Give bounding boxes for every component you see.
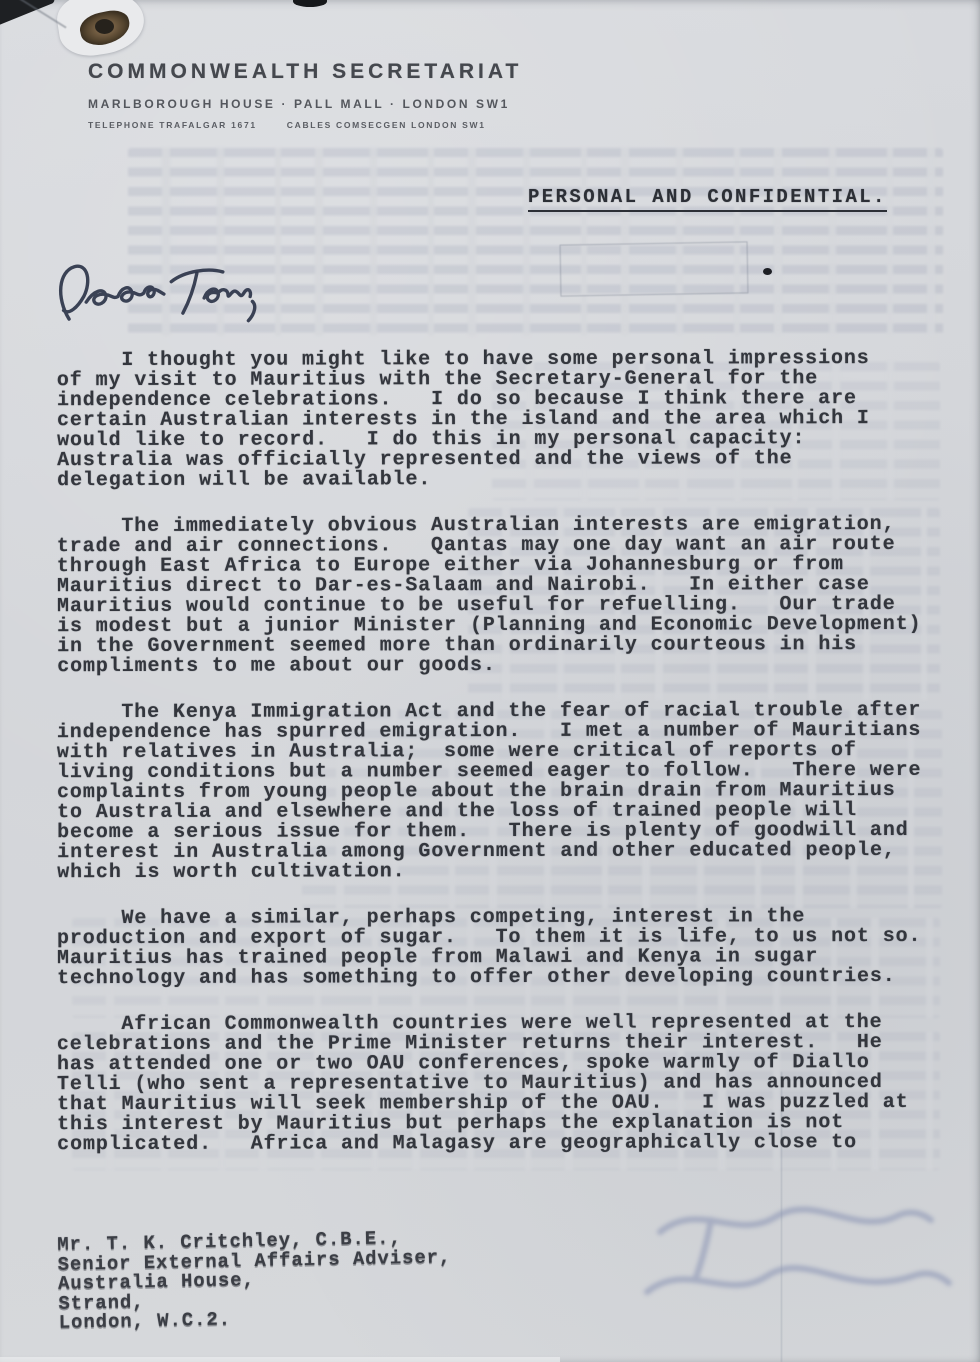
- letter-body: I thought you might like to have some pe…: [57, 350, 947, 1180]
- recipient-address: Mr. T. K. Critchley, C.B.E., Senior Exte…: [57, 1228, 452, 1333]
- letterhead: COMMONWEALTH SECRETARIAT MARLBOROUGH HOU…: [88, 60, 522, 130]
- ink-dot: [763, 268, 772, 275]
- letterhead-address: MARLBOROUGH HOUSE · PALL MALL · LONDON S…: [88, 97, 522, 111]
- handwritten-greeting: [48, 240, 283, 352]
- ghost-signature-strokes: [615, 1180, 975, 1345]
- letter-paragraph: The immediately obvious Australian inter…: [57, 515, 947, 677]
- organization-name: COMMONWEALTH SECRETARIAT: [88, 60, 522, 84]
- letter-paragraph: We have a similar, perhaps competing, in…: [57, 907, 947, 989]
- pencil-annotation-box: [560, 241, 749, 296]
- staple-hole: [95, 19, 114, 34]
- punch-notch: [293, 0, 327, 7]
- letter-paragraph: I thought you might like to have some pe…: [57, 349, 947, 491]
- letter-paragraph: The Kenya Immigration Act and the fear o…: [57, 701, 947, 883]
- bleedthrough-signature: [615, 1180, 975, 1345]
- letterhead-contact-line: TELEPHONE TRAFALGAR 1671 CABLES COMSECGE…: [88, 120, 522, 130]
- classification-stamp: PERSONAL AND CONFIDENTIAL.: [528, 186, 887, 212]
- scanned-letter-page: COMMONWEALTH SECRETARIAT MARLBOROUGH HOU…: [0, 0, 980, 1362]
- letterhead-cables: CABLES COMSECGEN LONDON SW1: [287, 120, 486, 130]
- letterhead-telephone: TELEPHONE TRAFALGAR 1671: [88, 120, 257, 130]
- letter-paragraph: African Commonwealth countries were well…: [57, 1013, 947, 1155]
- page-bottom-edge: [0, 1357, 560, 1362]
- handwriting-strokes: [48, 240, 283, 352]
